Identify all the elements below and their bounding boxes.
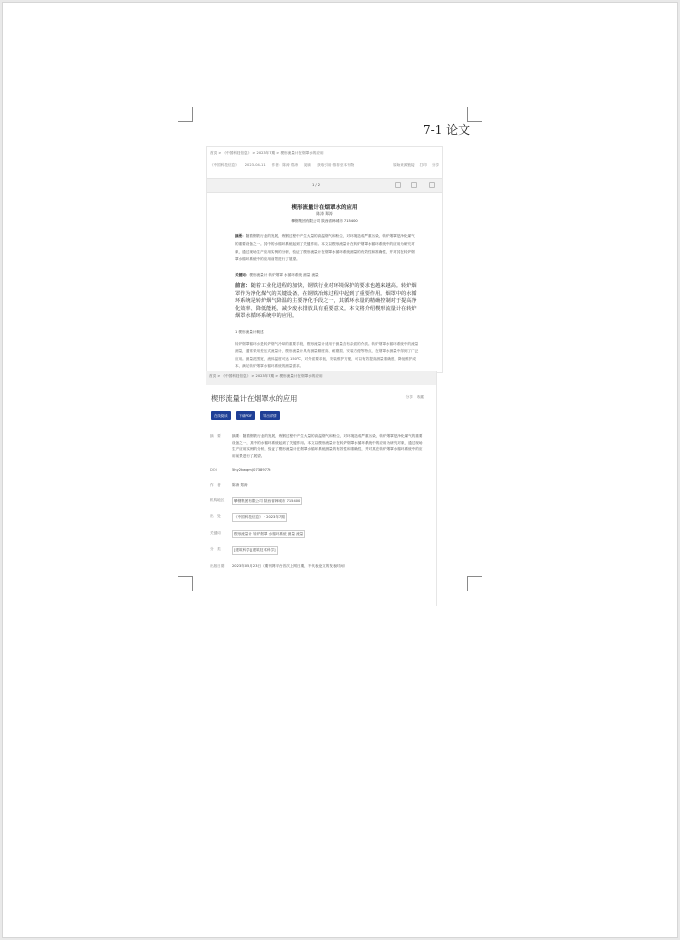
info-row-institution: 机构地区攀钢集团有限公司 陕西省韩城市 715400	[210, 497, 426, 506]
paper-intro: 前言：随着工业化进程的加快，钢铁行业对环境保护的要求也越来越高。转炉烟罩作为净化…	[235, 283, 420, 321]
article-detail-screenshot: 首页 > 《中国科技信息》 > 2023年7期 > 楔形流量计在烟罩水的应用 楔…	[206, 371, 437, 606]
section-header-label: 7-1 论文	[423, 121, 470, 138]
info-row-doi: DOI5hy2kwqm(0738977t	[210, 467, 426, 474]
paper-abstract: 摘要：随着钢铁行业的发展，炼钢过程中产生大量的高温烟气和粉尘，对环境造成严重污染…	[235, 233, 418, 264]
breadcrumb[interactable]: 首页 > 《中国科技信息》 > 2023年7期 > 楔形流量计在烟罩水的应用	[210, 151, 324, 156]
paper-title: 楔形流量计在烟罩水的应用	[207, 203, 442, 211]
download-pdf-button[interactable]: 下载PDF	[236, 411, 255, 420]
read-online-button[interactable]: 在线阅读	[211, 411, 231, 420]
article-actions: 分享 收藏	[406, 395, 424, 400]
meta-cite[interactable]: 获取引用·推荐至本刊物	[317, 163, 354, 168]
crop-mark-bottom-right	[467, 576, 482, 591]
paper-keywords: 关键词：楔形流量计 转炉烟罩 水循环系统 测量 流量	[235, 273, 418, 278]
document-page: 7-1 论文 首页 > 《中国科技信息》 > 2023年7期 > 楔形流量计在烟…	[2, 2, 678, 938]
source-link[interactable]: 原始来源链接	[393, 163, 415, 168]
share-button[interactable]: 分享	[406, 395, 413, 400]
paper-affiliation: 攀钢集团有限公司 陕西省韩城市 715400	[207, 219, 442, 224]
paper-authors: 陈涛 郑涛	[207, 211, 442, 217]
favorite-button[interactable]: 收藏	[417, 395, 424, 400]
crop-mark-top-right	[467, 107, 482, 122]
info-row-keywords: 关键词楔形流量计 转炉烟罩 水循环系统 测量 流量	[210, 530, 426, 539]
info-row-publish-date: 出版日期2023年05月23日（期刊网平台首次上网日期，不代表论文的发表时间）	[210, 563, 426, 570]
article-info: 摘 要摘要：随着钢铁行业的发展，炼钢过程中产生大量的高温烟气和粉尘，对环境造成严…	[210, 433, 426, 578]
meta-journal[interactable]: 《中国科技信息》	[210, 163, 239, 168]
info-row-category: 分 类[建筑科学][建筑技术科学]	[210, 546, 426, 555]
crop-mark-bottom-left	[178, 576, 193, 591]
action-buttons: 在线阅读 下载PDF 导出详情	[211, 411, 280, 420]
meta-date: 2023-04-11	[245, 163, 266, 168]
reader-toolbar: 1 / 2	[207, 178, 442, 193]
info-row-authors: 作 者陈涛 郑涛	[210, 482, 426, 489]
info-row-abstract: 摘 要摘要：随着钢铁行业的发展，炼钢过程中产生大量的高温烟气和粉尘，对环境造成严…	[210, 433, 426, 459]
print-link[interactable]: 打印	[420, 163, 427, 168]
paper-body: 转炉烟罩循环水是转炉烟气冷却的重要手段，楔形流量计适用于测量含有杂质的介质。转炉…	[235, 341, 420, 371]
paper-reader-screenshot: 首页 > 《中国科技信息》 > 2023年7期 > 楔形流量计在烟罩水的应用 《…	[206, 146, 443, 373]
search-icon[interactable]	[395, 182, 401, 188]
info-row-source: 出 处《中国科技信息》 · 2023年7期	[210, 513, 426, 522]
article-title: 楔形流量计在烟罩水的应用	[211, 394, 297, 404]
fullscreen-icon[interactable]	[429, 182, 435, 188]
page-indicator[interactable]: 1 / 2	[312, 183, 320, 187]
crop-mark-top-left	[178, 107, 193, 122]
meta-authors: 作者：陈涛 郑涛	[272, 163, 298, 168]
breadcrumb[interactable]: 首页 > 《中国科技信息》 > 2023年7期 > 楔形流量计在烟罩水的应用	[206, 371, 436, 385]
meta-read: 阅读	[304, 163, 311, 168]
section-heading: 1 楔形流量计概述	[235, 330, 264, 335]
share-link[interactable]: 分享	[432, 163, 439, 168]
zoom-icon[interactable]	[411, 182, 417, 188]
export-button[interactable]: 导出详情	[260, 411, 280, 420]
article-meta: 《中国科技信息》 2023-04-11 作者：陈涛 郑涛 阅读 获取引用·推荐至…	[210, 163, 439, 168]
